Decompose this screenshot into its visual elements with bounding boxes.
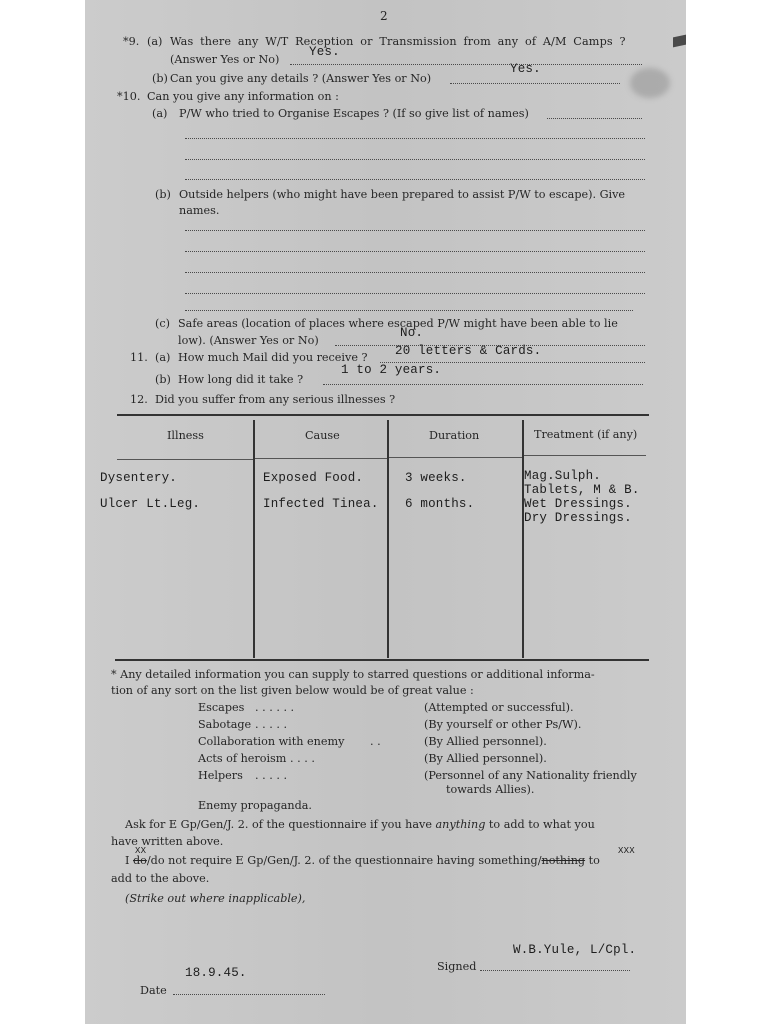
list-item-sabotage-topic: Sabotage (198, 718, 251, 731)
q10c-question-line2: low). (Answer Yes or No) (178, 334, 319, 347)
table-divider-2 (387, 420, 389, 658)
ask-instruction-pre: Ask for E Gp/Gen/J. 2. of the questionna… (125, 818, 436, 831)
table-row-1-cause: Exposed Food. (263, 471, 363, 485)
q9b-label: (b) (152, 72, 168, 85)
list-item-escapes-detail: (Attempted or successful). (424, 701, 574, 714)
table-row-2-treatment-line2: Dry Dressings. (524, 511, 632, 525)
signature-line (480, 970, 630, 971)
list-item-helpers-topic: Helpers (198, 769, 243, 782)
ask-instruction-line2: have written above. (111, 835, 223, 848)
require-statement-line1: I do/do not require E Gp/Gen/J. 2. of th… (125, 854, 600, 867)
q11b-question: How long did it take ? (178, 373, 303, 386)
list-item-escapes-topic: Escapes (198, 701, 244, 714)
q10c-label: (c) (155, 317, 170, 330)
q10-question: Can you give any information on : (147, 90, 339, 103)
q10b-question-line2: names. (179, 204, 219, 217)
q12-question: Did you suffer from any serious illnesse… (155, 393, 395, 406)
q11-number: 11. (130, 351, 148, 364)
list-item-heroism-leader: . . . . (290, 752, 315, 765)
paper-smudge (630, 68, 670, 98)
list-item-helpers-detail: (Personnel of any Nationality friendly (424, 769, 637, 782)
require-statement-line2: add to the above. (111, 872, 209, 885)
table-header-rule-4 (524, 455, 646, 456)
questionnaire-page: 2 *9. (a) Was there any W/T Reception or… (85, 0, 686, 1024)
ask-instruction-post: to add to what you (485, 818, 594, 831)
table-row-1-duration: 3 weeks. (405, 471, 467, 485)
q9b-answer: Yes. (510, 62, 541, 76)
q9b-answer-line (450, 83, 620, 84)
strike-out-note: (Strike out where inapplicable), (125, 892, 305, 905)
require-struck-nothing: nothing (541, 854, 585, 867)
q11a-question: How much Mail did you receive ? (178, 351, 368, 364)
q11b-answer: 1 to 2 years. (341, 363, 441, 377)
list-item-heroism-detail: (By Allied personnel). (424, 752, 547, 765)
q10b-question-line1: Outside helpers (who might have been pre… (179, 188, 625, 201)
list-item-collaboration-leader: . . (370, 735, 381, 748)
table-header-cause: Cause (305, 429, 340, 442)
q10b-answer-line-3 (185, 272, 645, 273)
q10b-answer-line-5 (185, 310, 633, 311)
table-header-treatment: Treatment (if any) (534, 428, 637, 441)
require-end: to (585, 854, 600, 867)
q9-number: *9. (123, 35, 139, 48)
table-row-1-treatment-line1: Mag.Sulph. (524, 469, 601, 483)
q9b-question: Can you give any details ? (Answer Yes o… (170, 72, 431, 85)
q9a-answer-line (290, 64, 642, 65)
footnote-line1: * Any detailed information you can suppl… (111, 668, 595, 681)
table-divider-1 (253, 420, 255, 658)
table-row-1-illness: Dysentery. (100, 471, 177, 485)
overtype-mark-do: XX (135, 846, 146, 856)
q10a-answer-line-1 (547, 118, 642, 119)
q11b-answer-line (323, 384, 643, 385)
date-line (173, 994, 325, 995)
table-row-2-illness: Ulcer Lt.Leg. (100, 497, 200, 511)
q10c-answer: No. (400, 326, 423, 340)
date-value: 18.9.45. (185, 966, 247, 980)
list-item-helpers-detail-line2: towards Allies). (446, 783, 534, 796)
table-row-1-treatment-line2: Tablets, M & B. (524, 483, 640, 497)
q10a-label: (a) (152, 107, 167, 120)
list-item-collaboration-detail: (By Allied personnel). (424, 735, 547, 748)
require-i: I (125, 854, 133, 867)
q9a-label: (a) (147, 35, 162, 48)
list-item-propaganda-topic: Enemy propaganda. (198, 799, 312, 812)
ask-instruction-line1: Ask for E Gp/Gen/J. 2. of the questionna… (125, 818, 595, 831)
q10a-answer-line-3 (185, 159, 645, 160)
q10a-answer-line-2 (185, 138, 645, 139)
q10b-label: (b) (155, 188, 171, 201)
q10a-answer-line-4 (185, 179, 645, 180)
q10b-answer-line-1 (185, 230, 645, 231)
table-header-illness: Illness (167, 429, 204, 442)
list-item-collaboration-topic: Collaboration with enemy (198, 735, 344, 748)
q9a-answer: Yes. (309, 45, 340, 59)
q9a-prompt: (Answer Yes or No) (170, 53, 279, 66)
tape-stain (673, 35, 686, 48)
q10-number: *10. (117, 90, 140, 103)
q10c-question-line1: Safe areas (location of places where esc… (178, 317, 618, 330)
signature-value: W.B.Yule, L/Cpl. (513, 943, 636, 957)
q10b-answer-line-4 (185, 293, 645, 294)
table-header-rule-3 (389, 457, 522, 458)
q11a-answer: 20 letters & Cards. (395, 344, 541, 358)
q11a-label: (a) (155, 351, 170, 364)
table-top-rule (117, 414, 649, 416)
table-row-2-duration: 6 months. (405, 497, 474, 511)
list-item-heroism-topic: Acts of heroism (198, 752, 286, 765)
footnote-line2: tion of any sort on the list given below… (111, 684, 474, 697)
require-mid: /do not require E Gp/Gen/J. 2. of the qu… (147, 854, 542, 867)
table-header-rule-1 (117, 459, 253, 460)
signed-label: Signed (437, 960, 476, 973)
q11b-label: (b) (155, 373, 171, 386)
list-item-helpers-leader: . . . . . (255, 769, 287, 782)
date-label: Date (140, 984, 167, 997)
list-item-escapes-leader: . . . . . . (255, 701, 294, 714)
q9a-question: Was there any W/T Reception or Transmiss… (170, 35, 626, 48)
table-header-duration: Duration (429, 429, 479, 442)
list-item-sabotage-detail: (By yourself or other Ps/W). (424, 718, 581, 731)
table-row-2-cause: Infected Tinea. (263, 497, 379, 511)
q12-number: 12. (130, 393, 148, 406)
q10b-answer-line-2 (185, 251, 645, 252)
ask-instruction-italic: anything (436, 818, 486, 831)
list-item-sabotage-leader: . . . . . (255, 718, 287, 731)
page-number: 2 (380, 9, 388, 23)
q10a-question: P/W who tried to Organise Escapes ? (If … (179, 107, 529, 120)
table-bottom-rule (115, 659, 649, 661)
table-row-2-treatment-line1: Wet Dressings. (524, 497, 632, 511)
table-header-rule-2 (255, 458, 387, 459)
overtype-mark-nothing: XXX (618, 846, 635, 856)
